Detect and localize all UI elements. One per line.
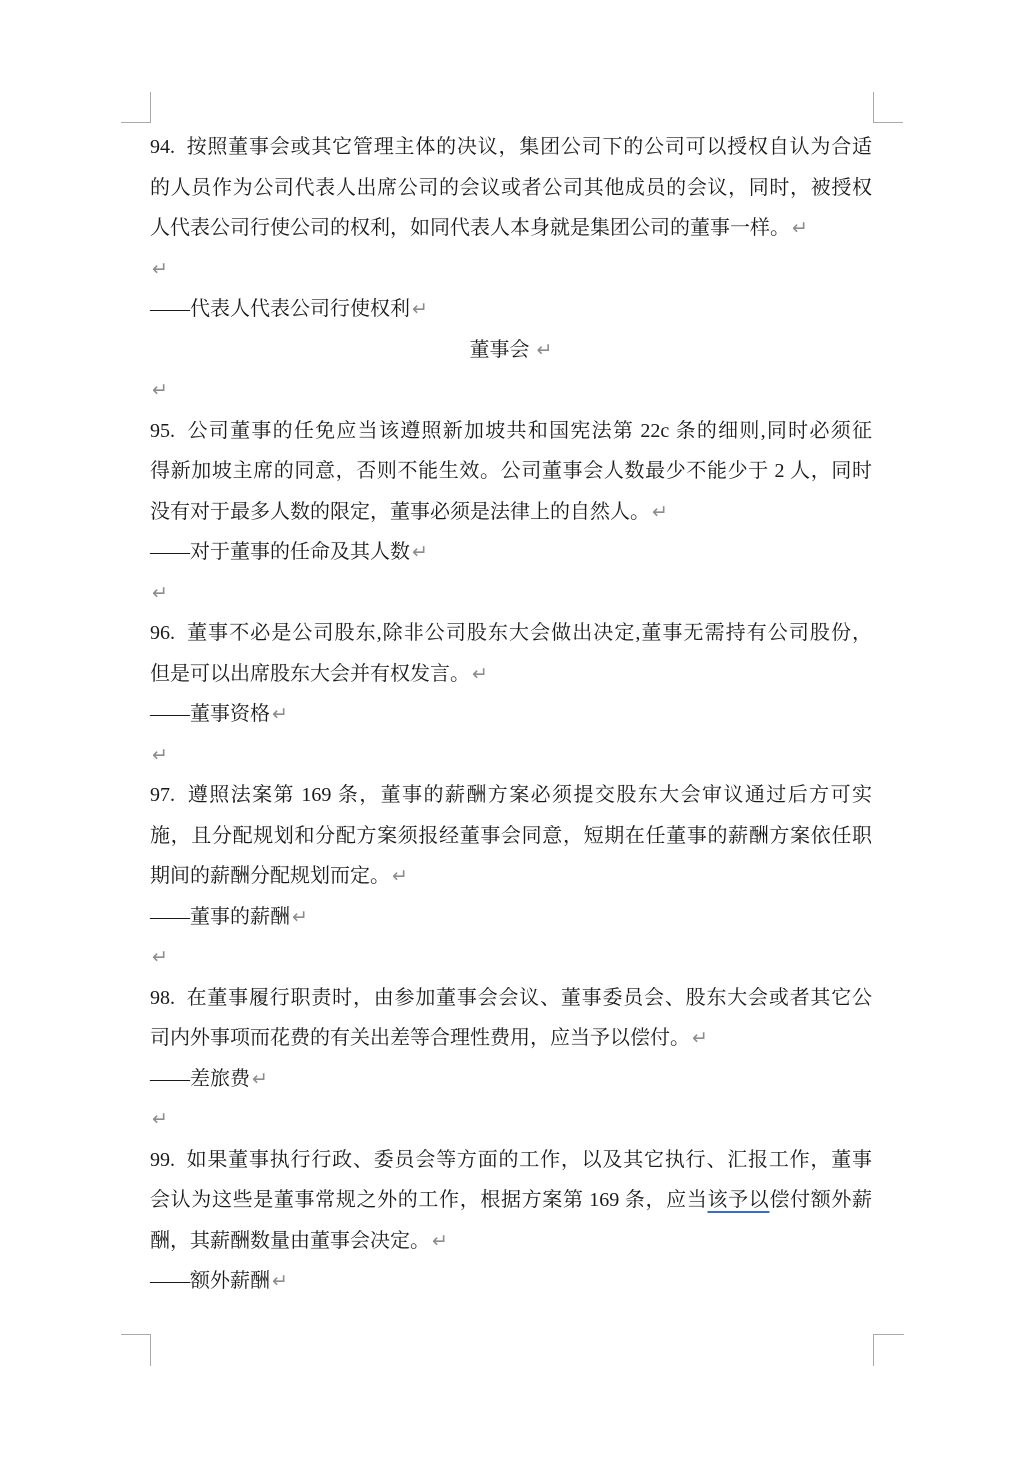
paragraph-94-line-2: 的人员作为公司代表人出席公司的会议或者公司其他成员的会议，同时，被授权 xyxy=(150,168,872,209)
paragraph-mark-icon: ↵ xyxy=(152,258,168,280)
paragraph-mark-icon: ↵ xyxy=(537,339,553,361)
empty-paragraph: ↵ xyxy=(150,1099,872,1140)
caption-director-appointment: ——对于董事的任命及其人数↵ xyxy=(150,532,872,573)
margin-mark-top-left xyxy=(121,92,151,123)
caption-director-remuneration: ——董事的薪酬↵ xyxy=(150,897,872,938)
paragraph-98-line-2: 司内外事项而花费的有关出差等合理性费用，应当予以偿付。↵ xyxy=(150,1018,872,1059)
paragraph-mark-icon: ↵ xyxy=(792,217,808,239)
paragraph-99-line-3: 酬，其薪酬数量由董事会决定。↵ xyxy=(150,1221,872,1262)
section-heading-board-of-directors: 董事会 ↵ xyxy=(150,330,872,371)
paragraph-mark-icon: ↵ xyxy=(152,582,168,604)
paragraph-95-line-2: 得新加坡主席的同意，否则不能生效。公司董事会人数最少不能少于 2 人，同时 xyxy=(150,451,872,492)
paragraph-mark-icon: ↵ xyxy=(412,541,428,563)
paragraph-95-line-3: 没有对于最多人数的限定，董事必须是法律上的自然人。↵ xyxy=(150,492,872,533)
paragraph-mark-icon: ↵ xyxy=(412,298,428,320)
paragraph-mark-icon: ↵ xyxy=(652,501,668,523)
empty-paragraph: ↵ xyxy=(150,370,872,411)
caption-travel-expenses: ——差旅费↵ xyxy=(150,1059,872,1100)
paragraph-95-line-1: 95. 公司董事的任免应当该遵照新加坡共和国宪法第 22c 条的细则,同时必须征 xyxy=(150,411,872,452)
document-page: 94. 按照董事会或其它管理主体的决议，集团公司下的公司可以授权自认为合适 的人… xyxy=(0,0,1027,1458)
paragraph-mark-icon: ↵ xyxy=(152,744,168,766)
paragraph-mark-icon: ↵ xyxy=(472,663,488,685)
document-body: 94. 按照董事会或其它管理主体的决议，集团公司下的公司可以授权自认为合适 的人… xyxy=(150,127,872,1302)
paragraph-mark-icon: ↵ xyxy=(692,1027,708,1049)
paragraph-96-line-2: 但是可以出席股东大会并有权发言。↵ xyxy=(150,654,872,695)
empty-paragraph: ↵ xyxy=(150,573,872,614)
caption-extra-remuneration: ——额外薪酬↵ xyxy=(150,1261,872,1302)
margin-mark-top-right xyxy=(873,92,903,123)
paragraph-94-line-1: 94. 按照董事会或其它管理主体的决议，集团公司下的公司可以授权自认为合适 xyxy=(150,127,872,168)
paragraph-mark-icon: ↵ xyxy=(252,1068,268,1090)
paragraph-96-line-1: 96. 董事不必是公司股东,除非公司股东大会做出决定,董事无需持有公司股份， xyxy=(150,613,872,654)
paragraph-mark-icon: ↵ xyxy=(392,865,408,887)
paragraph-94-line-3: 人代表公司行使公司的权利，如同代表人本身就是集团公司的董事一样。↵ xyxy=(150,208,872,249)
caption-representative-rights: ——代表人代表公司行使权利↵ xyxy=(150,289,872,330)
empty-paragraph: ↵ xyxy=(150,735,872,776)
paragraph-97-line-3: 期间的薪酬分配规划而定。↵ xyxy=(150,856,872,897)
paragraph-99-line-2: 会认为这些是董事常规之外的工作，根据方案第 169 条，应当该予以偿付额外薪 xyxy=(150,1180,872,1221)
paragraph-mark-icon: ↵ xyxy=(432,1230,448,1252)
paragraph-97-line-1: 97. 遵照法案第 169 条，董事的薪酬方案必须提交股东大会审议通过后方可实 xyxy=(150,775,872,816)
paragraph-99-line-1: 99. 如果董事执行行政、委员会等方面的工作，以及其它执行、汇报工作，董事 xyxy=(150,1140,872,1181)
margin-mark-bottom-left xyxy=(121,1334,151,1366)
empty-paragraph: ↵ xyxy=(150,249,872,290)
paragraph-mark-icon: ↵ xyxy=(272,703,288,725)
paragraph-mark-icon: ↵ xyxy=(152,1108,168,1130)
paragraph-mark-icon: ↵ xyxy=(152,379,168,401)
margin-mark-bottom-right xyxy=(873,1334,904,1366)
grammar-check-underlined-text: 该予以 xyxy=(707,1189,769,1211)
caption-director-qualification: ——董事资格↵ xyxy=(150,694,872,735)
paragraph-mark-icon: ↵ xyxy=(272,1270,288,1292)
paragraph-mark-icon: ↵ xyxy=(152,946,168,968)
empty-paragraph: ↵ xyxy=(150,937,872,978)
paragraph-mark-icon: ↵ xyxy=(292,906,308,928)
paragraph-97-line-2: 施，且分配规划和分配方案须报经董事会同意，短期在任董事的薪酬方案依任职 xyxy=(150,816,872,857)
paragraph-98-line-1: 98. 在董事履行职责时，由参加董事会会议、董事委员会、股东大会或者其它公 xyxy=(150,978,872,1019)
